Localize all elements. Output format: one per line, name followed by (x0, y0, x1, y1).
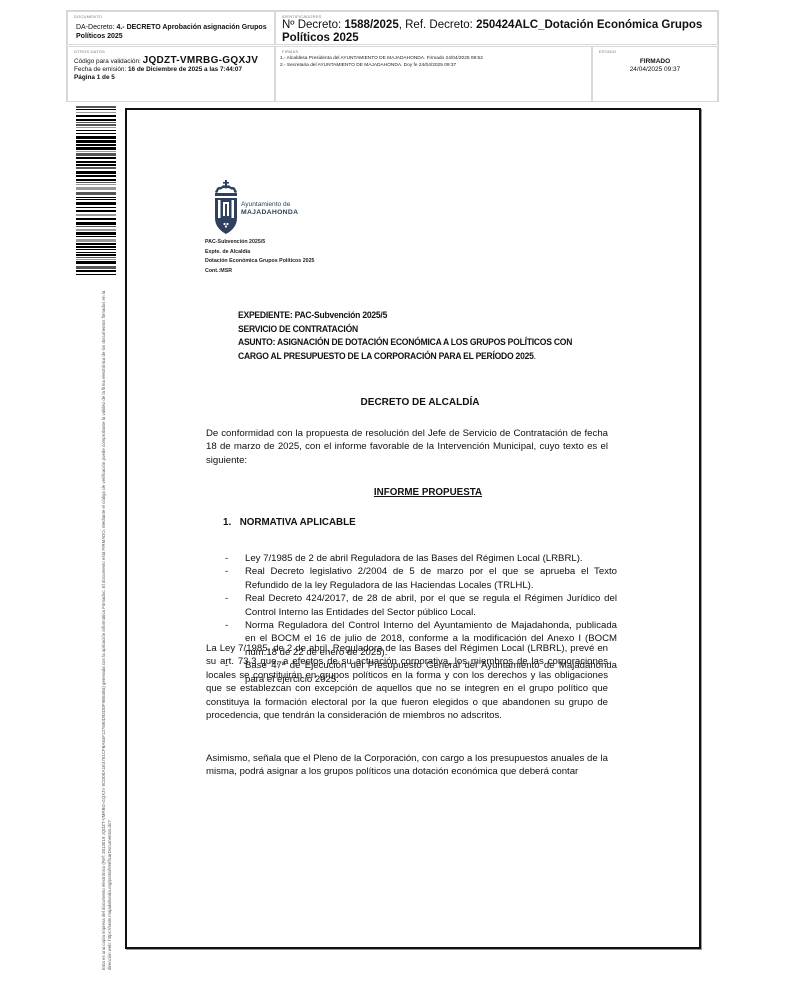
coat-of-arms-icon (213, 180, 239, 236)
majadahonda-logo: Ayuntamiento de MAJADAHONDA (213, 180, 333, 236)
asunto: ASUNTO: ASIGNACIÓN DE DOTACIÓN ECONÓMICA… (238, 336, 597, 363)
otros-datos-cell: OTROS DATOS Código para validación: JQDZ… (67, 46, 275, 102)
estado-label: ESTADO (599, 49, 616, 54)
document-header-table: DOCUMENTO DA-Decreto: 4.- DECRETO Aproba… (66, 10, 719, 102)
expediente-block: EXPEDIENTE: PAC-Subvención 2025/5 SERVIC… (238, 309, 597, 363)
firmas-cell: FIRMAS 1.- Alcaldesa Presidenta del AYUN… (275, 46, 592, 102)
documento-cell: DOCUMENTO DA-Decreto: 4.- DECRETO Aproba… (67, 11, 275, 45)
page-count: Página 1 de 5 (74, 74, 274, 82)
logo-line-2: MAJADAHONDA (241, 209, 298, 217)
barcode-icon (76, 106, 116, 276)
firmas-label: FIRMAS (282, 49, 298, 54)
documento-label: DOCUMENTO (74, 14, 102, 19)
logo-line-1: Ayuntamiento de (241, 201, 298, 209)
servicio: SERVICIO DE CONTRATACIÓN (238, 323, 597, 337)
list-item: -Ley 7/1985 de 2 de abril Reguladora de … (225, 552, 617, 565)
file-reference: PAC-Subvención 2025/5 Expte. de Alcaldía… (205, 238, 315, 276)
validation-code: Código para validación: JQDZT-VMRBG-GQXJ… (74, 57, 274, 66)
body-paragraph: La Ley 7/1985, de 2 de abril, Reguladora… (206, 642, 608, 722)
otros-datos-label: OTROS DATOS (74, 49, 105, 54)
decreto-number: 1588/2025 (344, 19, 398, 31)
identificadores-cell: IDENTIFICADORES Nº Decreto: 1588/2025, R… (275, 11, 718, 45)
list-item: -Real Decreto legislativo 2/2004 de 5 de… (225, 565, 617, 592)
intro-paragraph: De conformidad con la propuesta de resol… (206, 427, 608, 467)
expediente: EXPEDIENTE: PAC-Subvención 2025/5 (238, 309, 597, 323)
body-paragraph: Asimismo, señala que el Pleno de la Corp… (206, 752, 608, 779)
firma-item: 1.- Alcaldesa Presidenta del AYUNTAMIENT… (280, 56, 483, 63)
issue-date: Fecha de emisión: 16 de Diciembre de 202… (74, 66, 274, 74)
section-title: 1. NORMATIVA APLICABLE (223, 517, 356, 528)
document-page: Ayuntamiento de MAJADAHONDA PAC-Subvenci… (125, 108, 701, 949)
firma-item: 2.- Secretaria del AYUNTAMIENTO DE MAJAD… (280, 63, 483, 70)
verification-side-text: Esta es una copia impresa del documento … (101, 290, 113, 970)
list-item: -Real Decreto 424/2017, de 28 de abril, … (225, 592, 617, 619)
estado-cell: ESTADO FIRMADO 24/04/2025 09:37 (592, 46, 718, 102)
status-badge: FIRMADO (593, 58, 717, 66)
identificadores-value: Nº Decreto: 1588/2025, Ref. Decreto: 250… (282, 19, 712, 45)
decreto-title: DECRETO DE ALCALDÍA (127, 397, 699, 408)
status-date: 24/04/2025 09:37 (593, 66, 717, 74)
documento-value: DA-Decreto: 4.- DECRETO Aprobación asign… (76, 23, 271, 41)
informe-title: INFORME PROPUESTA (127, 487, 699, 498)
